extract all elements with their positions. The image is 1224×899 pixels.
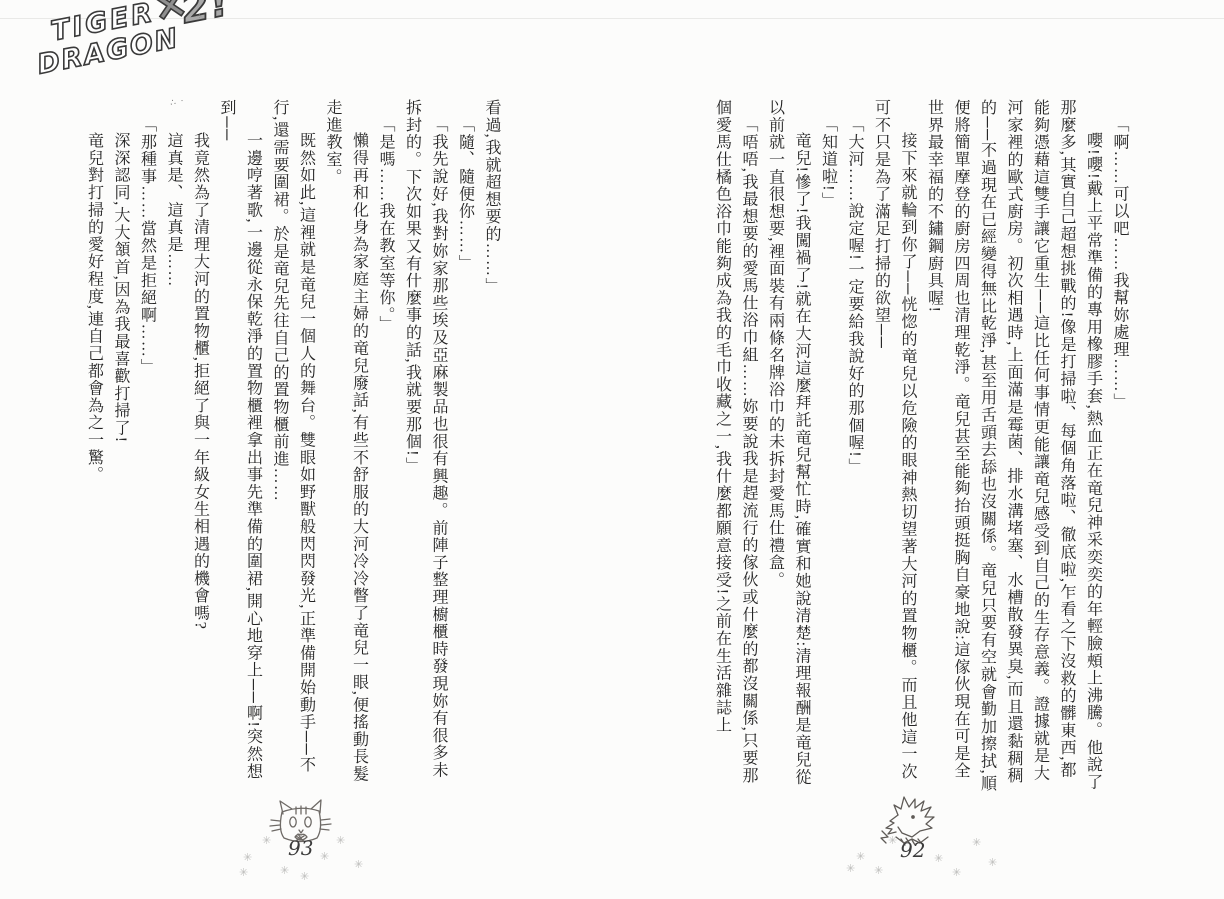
sparkle-asterisk-icon: ✳ — [320, 852, 329, 863]
paragraph: 「隨、隨便你……」 — [451, 99, 478, 793]
paragraph: 深深認同,大大頷首,因為我最喜歡打掃了! — [107, 99, 134, 793]
page-number-93: 93 — [288, 836, 313, 860]
sparkle-asterisk-icon: ✳ — [874, 866, 883, 877]
sparkle-asterisk-icon: ✳ — [239, 868, 248, 879]
sparkle-asterisk-icon: ✳ — [243, 853, 252, 864]
paragraph: 「大河……說定喔!一定要給我說好的那個喔!」 — [841, 99, 868, 793]
paragraph: 看過,我就超想要的……」 — [478, 99, 505, 793]
sparkle-asterisk-icon: ✳ — [336, 836, 345, 847]
page-number-92: 92 — [900, 838, 925, 862]
book-spread: { "logo": { "title_line1": "TIGER", "tim… — [0, 0, 1224, 899]
paragraph: 接下來就輪到你了──恍惚的竜兒以危險的眼神熱切望著大河的置物櫃。而且他這一次可不… — [867, 99, 920, 793]
page-93-text-block: 看過,我就超想要的……」「隨、隨便你……」「我先說好,我對妳家那些埃及亞麻製品也… — [74, 99, 504, 793]
sparkle-asterisk-icon: ✳ — [988, 858, 997, 869]
sparkle-asterisk-icon: ✳ — [972, 838, 981, 849]
sparkle-asterisk-icon: ✳ — [280, 866, 289, 877]
paragraph: 既然如此,這裡就是竜兒一個人的舞台。雙眼如野獸般閃閃發光,正準備開始動手──不行… — [266, 99, 319, 793]
sparkle-asterisk-icon: ✳ — [856, 852, 865, 863]
paragraph: 竜兒!慘了!我闖禍了!就在大河這麼拜託竜兒幫忙時,確實和她說清楚:清理報酬是竜兒… — [761, 99, 814, 793]
paragraph: 「啊……可以吧……我幫妳處理……」 — [1106, 99, 1133, 793]
sparkle-asterisk-icon: ✳ — [952, 868, 961, 879]
paragraph: 「我先說好,我對妳家那些埃及亞麻製品也很有興趣。前陣子整理櫥櫃時發現妳有很多未拆… — [398, 99, 451, 793]
paragraph: 嚶!嚶!戴上平常準備的專用橡膠手套,熱血正在竜兒神采奕奕的年輕臉頰上沸騰。他說了… — [920, 99, 1106, 793]
sparkle-asterisk-icon: ✳ — [888, 836, 897, 847]
paragraph: 我竟然為了清理大河的置物櫃,拒絕了與一年級女生相遇的機會嗎? — [186, 99, 213, 793]
paragraph: 懶得再和化身為家庭主婦的竜兒廢話,有些不舒服的大河冷冷瞥了竜兒一眼,便搖動長髮走… — [319, 99, 372, 793]
sparkle-asterisk-icon: ✳ — [354, 860, 363, 871]
paragraph: 「知道啦!」 — [814, 99, 841, 793]
sparkle-asterisk-icon: ✳ — [846, 864, 855, 875]
paragraph: 一邊哼著歌,一邊從永保乾淨的置物櫃裡拿出事先準備的圍裙,開心地穿上──啊!突然想… — [213, 99, 266, 793]
paragraph: 這真是、這真是…… — [160, 99, 187, 793]
paragraph: 竜兒對打掃的愛好程度,連自己都會為之一驚。 — [80, 99, 107, 793]
paragraph: 「那種事……當然是拒絕啊……」 — [133, 99, 160, 793]
page-92-text-block: 「啊……可以吧……我幫妳處理……」嚶!嚶!戴上平常準備的專用橡膠手套,熱血正在竜… — [698, 99, 1132, 793]
sparkle-asterisk-icon: ✳ — [934, 854, 943, 865]
paragraph: 「唔唔,我最想要的愛馬仕浴巾組……妳要說我是趕流行的傢伙或什麼的都沒關係,只要那… — [708, 99, 761, 793]
sparkle-asterisk-icon: ✳ — [300, 872, 309, 883]
sparkle-asterisk-icon: ✳ — [262, 836, 271, 847]
paragraph: 「是嗎……我在教室等你。」 — [372, 99, 399, 793]
logo-sparkle-dots-top: ⁘ — [196, 12, 206, 21]
